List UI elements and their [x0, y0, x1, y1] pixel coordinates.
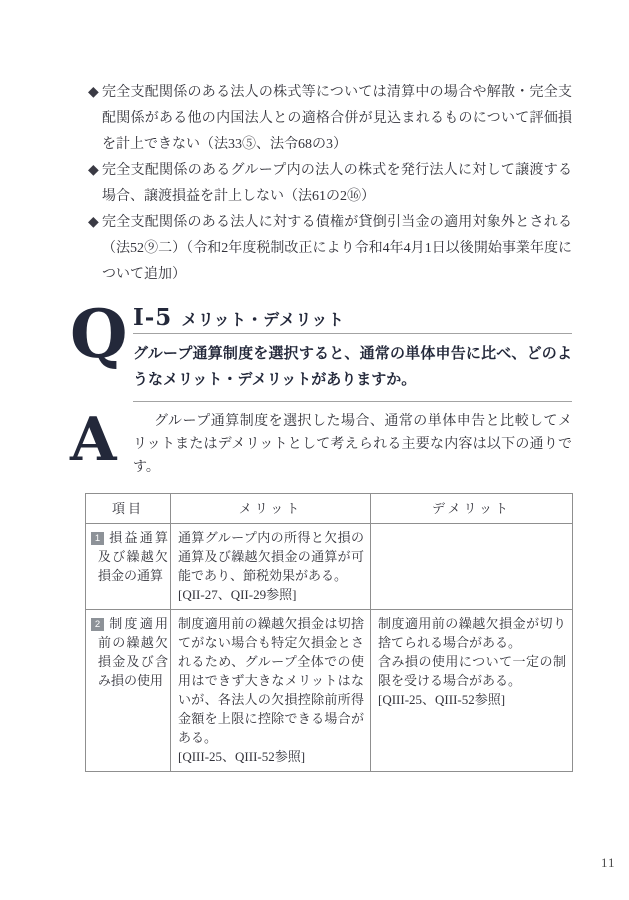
- merit-demerit-table: 項目 メリット デメリット 1損益通算及び繰越欠損金の通算 通算グループ内の所得…: [85, 493, 573, 772]
- diamond-bullet-icon: ◆: [88, 158, 102, 210]
- bullet-item: ◆ 完全支配関係のある法人の株式等については清算中の場合や解散・完全支配関係があ…: [88, 80, 572, 158]
- page-number: 11: [601, 855, 616, 871]
- demerit-text: 制度適用前の繰越欠損金が切り捨てられる場合がある。: [378, 614, 566, 652]
- table-row: 2制度適用前の繰越欠損金及び含み損の使用 制度適用前の繰越欠損金は切捨てがない場…: [86, 610, 573, 772]
- bullet-item: ◆ 完全支配関係のあるグループ内の法人の株式を発行法人に対して譲渡する場合、譲渡…: [88, 158, 572, 210]
- column-header-merit: メリット: [171, 494, 371, 524]
- table-header-row: 項目 メリット デメリット: [86, 494, 573, 524]
- bullet-item: ◆ 完全支配関係のある法人に対する債権が貸倒引当金の適用対象外とされる（法52⑨…: [88, 210, 572, 288]
- section-number: I-5: [133, 304, 172, 331]
- merit-cell: 通算グループ内の所得と欠損の通算及び繰越欠損金の通算が可能であり、節税効果がある…: [171, 524, 371, 610]
- answer-marker: A: [70, 410, 133, 479]
- document-page: ◆ 完全支配関係のある法人の株式等については清算中の場合や解散・完全支配関係があ…: [0, 0, 629, 900]
- row-number-badge: 1: [91, 532, 104, 545]
- demerit-cell: 制度適用前の繰越欠損金が切り捨てられる場合がある。 含み損の使用について一定の制…: [371, 610, 573, 772]
- table-row: 1損益通算及び繰越欠損金の通算 通算グループ内の所得と欠損の通算及び繰越欠損金の…: [86, 524, 573, 610]
- merit-reference: [QIII-25、QIII-52参照]: [178, 747, 364, 766]
- question-block: Q I-5 メリット・デメリット グループ通算制度を選択すると、通常の単体申告に…: [70, 304, 572, 402]
- bullet-text: 完全支配関係のある法人の株式等については清算中の場合や解散・完全支配関係がある他…: [102, 80, 572, 158]
- bullet-list: ◆ 完全支配関係のある法人の株式等については清算中の場合や解散・完全支配関係があ…: [88, 80, 572, 288]
- merit-text: 制度適用前の繰越欠損金は切捨てがない場合も特定欠損金とされるため、グループ全体で…: [178, 614, 364, 747]
- merit-text: 通算グループ内の所得と欠損の通算及び繰越欠損金の通算が可能であり、節税効果がある…: [178, 528, 364, 585]
- bullet-text: 完全支配関係のある法人に対する債権が貸倒引当金の適用対象外とされる（法52⑨二）…: [102, 210, 572, 288]
- bullet-text: 完全支配関係のあるグループ内の法人の株式を発行法人に対して譲渡する場合、譲渡損益…: [102, 158, 572, 210]
- divider: [133, 401, 572, 402]
- item-label: 制度適用前の繰越欠損金及び含み損の使用: [98, 616, 168, 688]
- question-text: グループ通算制度を選択すると、通常の単体申告に比べ、どのようなメリット・デメリッ…: [133, 334, 572, 401]
- item-cell: 2制度適用前の繰越欠損金及び含み損の使用: [86, 610, 171, 772]
- demerit-cell: [371, 524, 573, 610]
- row-number-badge: 2: [91, 618, 104, 631]
- demerit-reference: [QIII-25、QIII-52参照]: [378, 690, 566, 709]
- merit-reference: [QII-27、QII-29参照]: [178, 585, 364, 604]
- question-body: I-5 メリット・デメリット グループ通算制度を選択すると、通常の単体申告に比べ…: [133, 304, 572, 402]
- diamond-bullet-icon: ◆: [88, 210, 102, 288]
- column-header-demerit: デメリット: [371, 494, 573, 524]
- column-header-item: 項目: [86, 494, 171, 524]
- question-marker: Q: [70, 304, 133, 402]
- merit-cell: 制度適用前の繰越欠損金は切捨てがない場合も特定欠損金とされるため、グループ全体で…: [171, 610, 371, 772]
- answer-block: A グループ通算制度を選択した場合、通常の単体申告と比較してメリットまたはデメリ…: [70, 410, 572, 479]
- section-heading: I-5 メリット・デメリット: [133, 304, 572, 333]
- section-title: メリット・デメリット: [181, 307, 344, 330]
- item-cell: 1損益通算及び繰越欠損金の通算: [86, 524, 171, 610]
- item-label: 損益通算及び繰越欠損金の通算: [98, 530, 168, 583]
- answer-text: グループ通算制度を選択した場合、通常の単体申告と比較してメリットまたはデメリット…: [133, 410, 572, 479]
- diamond-bullet-icon: ◆: [88, 80, 102, 158]
- demerit-text: 含み損の使用について一定の制限を受ける場合がある。: [378, 652, 566, 690]
